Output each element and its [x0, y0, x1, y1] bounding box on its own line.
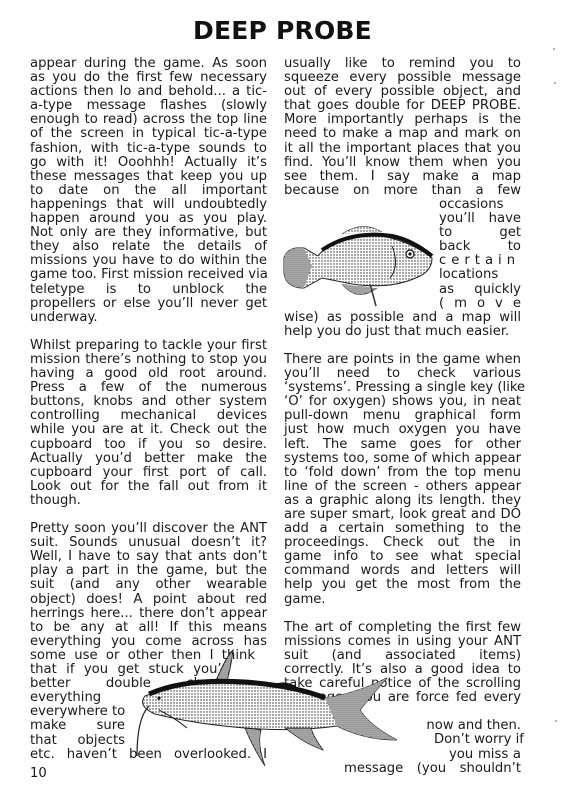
text-line: to ‘fold down’ from the top menu — [284, 466, 521, 480]
page-number: 10 — [30, 766, 47, 781]
text-line: make sure — [30, 719, 125, 733]
text-line: as you do the first few necessary — [30, 71, 267, 85]
text-line: help you get the most from the — [284, 578, 521, 592]
text-line: having a good old root around. — [30, 367, 267, 381]
text-line: that goes double for DEEP PROBE. — [284, 99, 521, 113]
text-line: of the screen in typical tic-a-type — [30, 127, 267, 141]
text-line: Actually you’d better make the — [30, 452, 267, 466]
text-line: Look out for the fall out from it — [30, 480, 267, 494]
text-line: need to make a map and mark on — [284, 127, 521, 141]
scan-speck — [553, 48, 555, 50]
text-line: happenings that will undoubtedly — [30, 198, 267, 212]
text-line: There are points in the game when — [284, 353, 521, 367]
text-line: see them. I say make a map — [284, 170, 521, 184]
text-line: enough to read) across the top line — [30, 113, 267, 127]
text-line: out of every possible object, and — [284, 85, 521, 99]
paragraph-exploring: Whilst preparing to tackle your first mi… — [30, 339, 267, 508]
text-line: add a certain something to the — [284, 522, 521, 536]
text-line: missions comes in using your ANT — [284, 635, 521, 649]
text-line: locations — [439, 268, 521, 282]
text-line: ‘systems’. Pressing a single key (like — [284, 381, 521, 395]
text-line: a-type message flashes (slowly — [30, 99, 267, 113]
text-line: certain — [439, 254, 521, 268]
text-line: help you do just that much easier. — [284, 325, 521, 339]
text-line: occasions — [439, 198, 521, 212]
text-line: happen around you as you play. — [30, 212, 267, 226]
scan-speck — [555, 720, 557, 722]
text-line: are super smart, look great and DO — [284, 508, 521, 522]
text-line: left. The same goes for other — [284, 438, 521, 452]
text-line: line of the screen - others appear — [284, 480, 521, 494]
text-line: back to — [439, 240, 521, 254]
text-line: teletype is to unblock the — [30, 283, 267, 297]
text-line: as a graphic along its length. they — [284, 494, 521, 508]
text-line: propellers or else you’ll never get — [30, 297, 267, 311]
text-line: mission there’s nothing to stop you — [30, 353, 267, 367]
text-line: game too. First mission received via — [30, 268, 267, 282]
text-line: you’ll need to check various — [284, 367, 521, 381]
text-line: game info to see what special — [284, 550, 521, 564]
text-line: systems too, some of which appear — [284, 452, 521, 466]
text-line: fashion, with tic-a-type sounds to — [30, 142, 267, 156]
text-line: suit (and any other wearable — [30, 578, 267, 592]
text-line: you’ll have — [439, 212, 521, 226]
sunfish-illustration — [282, 218, 440, 313]
text-line: Not only are they informative, but — [30, 226, 267, 240]
text-line: as quickly — [439, 283, 521, 297]
text-line: you miss a — [449, 748, 521, 762]
text-line: proceedings. Check out the in — [284, 536, 521, 550]
text-line: missions you have to do within the — [30, 254, 267, 268]
text-line: herrings here... there don’t appear — [30, 607, 267, 621]
text-line: appear during the game. As soon — [30, 57, 267, 71]
scan-speck — [554, 82, 556, 84]
text-line: now and then. — [416, 719, 521, 733]
text-line: game. — [284, 593, 521, 607]
text-line: ‘O’ for oxygen) shows you, in neat — [284, 395, 521, 409]
text-line: command words and letters will — [284, 564, 521, 578]
text-line: because on more than a few — [284, 184, 521, 198]
text-line: while you are at it. Check out the — [30, 423, 267, 437]
catfish-illustration — [125, 648, 405, 766]
text-line: Pretty soon you’ll discover the ANT — [30, 522, 267, 536]
text-line: The art of completing the first few — [284, 621, 521, 635]
text-line: they also relate the details of — [30, 240, 267, 254]
text-line: Whilst preparing to tackle your first — [30, 339, 267, 353]
text-line: though. — [30, 494, 267, 508]
text-line: everything you come across has — [30, 635, 267, 649]
text-line: actions then lo and behold... a tic- — [30, 85, 267, 99]
text-line: find. You’ll know them when you — [284, 156, 521, 170]
text-line: go with it! Ooohhh! Actually it’s — [30, 156, 267, 170]
text-line: buttons, knobs and other system — [30, 395, 267, 409]
text-line: Press a few of the numerous — [30, 381, 267, 395]
text-line: to be any at all! If this means — [30, 621, 267, 635]
text-line: controlling mechanical devices — [30, 409, 267, 423]
text-line: More importantly perhaps is the — [284, 113, 521, 127]
text-line: cupboard too if you so desire. — [30, 438, 267, 452]
text-line: object) does! A point about red — [30, 593, 267, 607]
text-line: to date on the all important — [30, 184, 267, 198]
text-line: suit. Sounds unusual doesn’t it? — [30, 536, 267, 550]
paragraph-messages: appear during the game. As soon as you d… — [30, 57, 267, 325]
text-line: usually like to remind you to — [284, 57, 521, 71]
text-line: pull-down menu graphical form — [284, 409, 521, 423]
text-line: Don’t worry if — [434, 733, 521, 747]
paragraph-systems: There are points in the game when you’ll… — [284, 353, 521, 607]
text-line: play a part in the game, but the — [30, 564, 267, 578]
text-line: it all the important places that you — [284, 142, 521, 156]
text-line: squeeze every possible message — [284, 71, 521, 85]
text-line: just how much oxygen you have — [284, 423, 521, 437]
text-line: cupboard your first port of call. — [30, 466, 267, 480]
text-line: to get — [439, 226, 521, 240]
text-line: (move — [439, 297, 521, 311]
text-line: everywhere to — [30, 705, 130, 719]
text-line: that objects — [30, 734, 125, 748]
text-line: these messages that keep you up — [30, 170, 267, 184]
page-title: DEEP PROBE — [0, 16, 565, 45]
text-line: underway. — [30, 311, 267, 325]
text-line: Well, I have to say that ants don’t — [30, 550, 267, 564]
